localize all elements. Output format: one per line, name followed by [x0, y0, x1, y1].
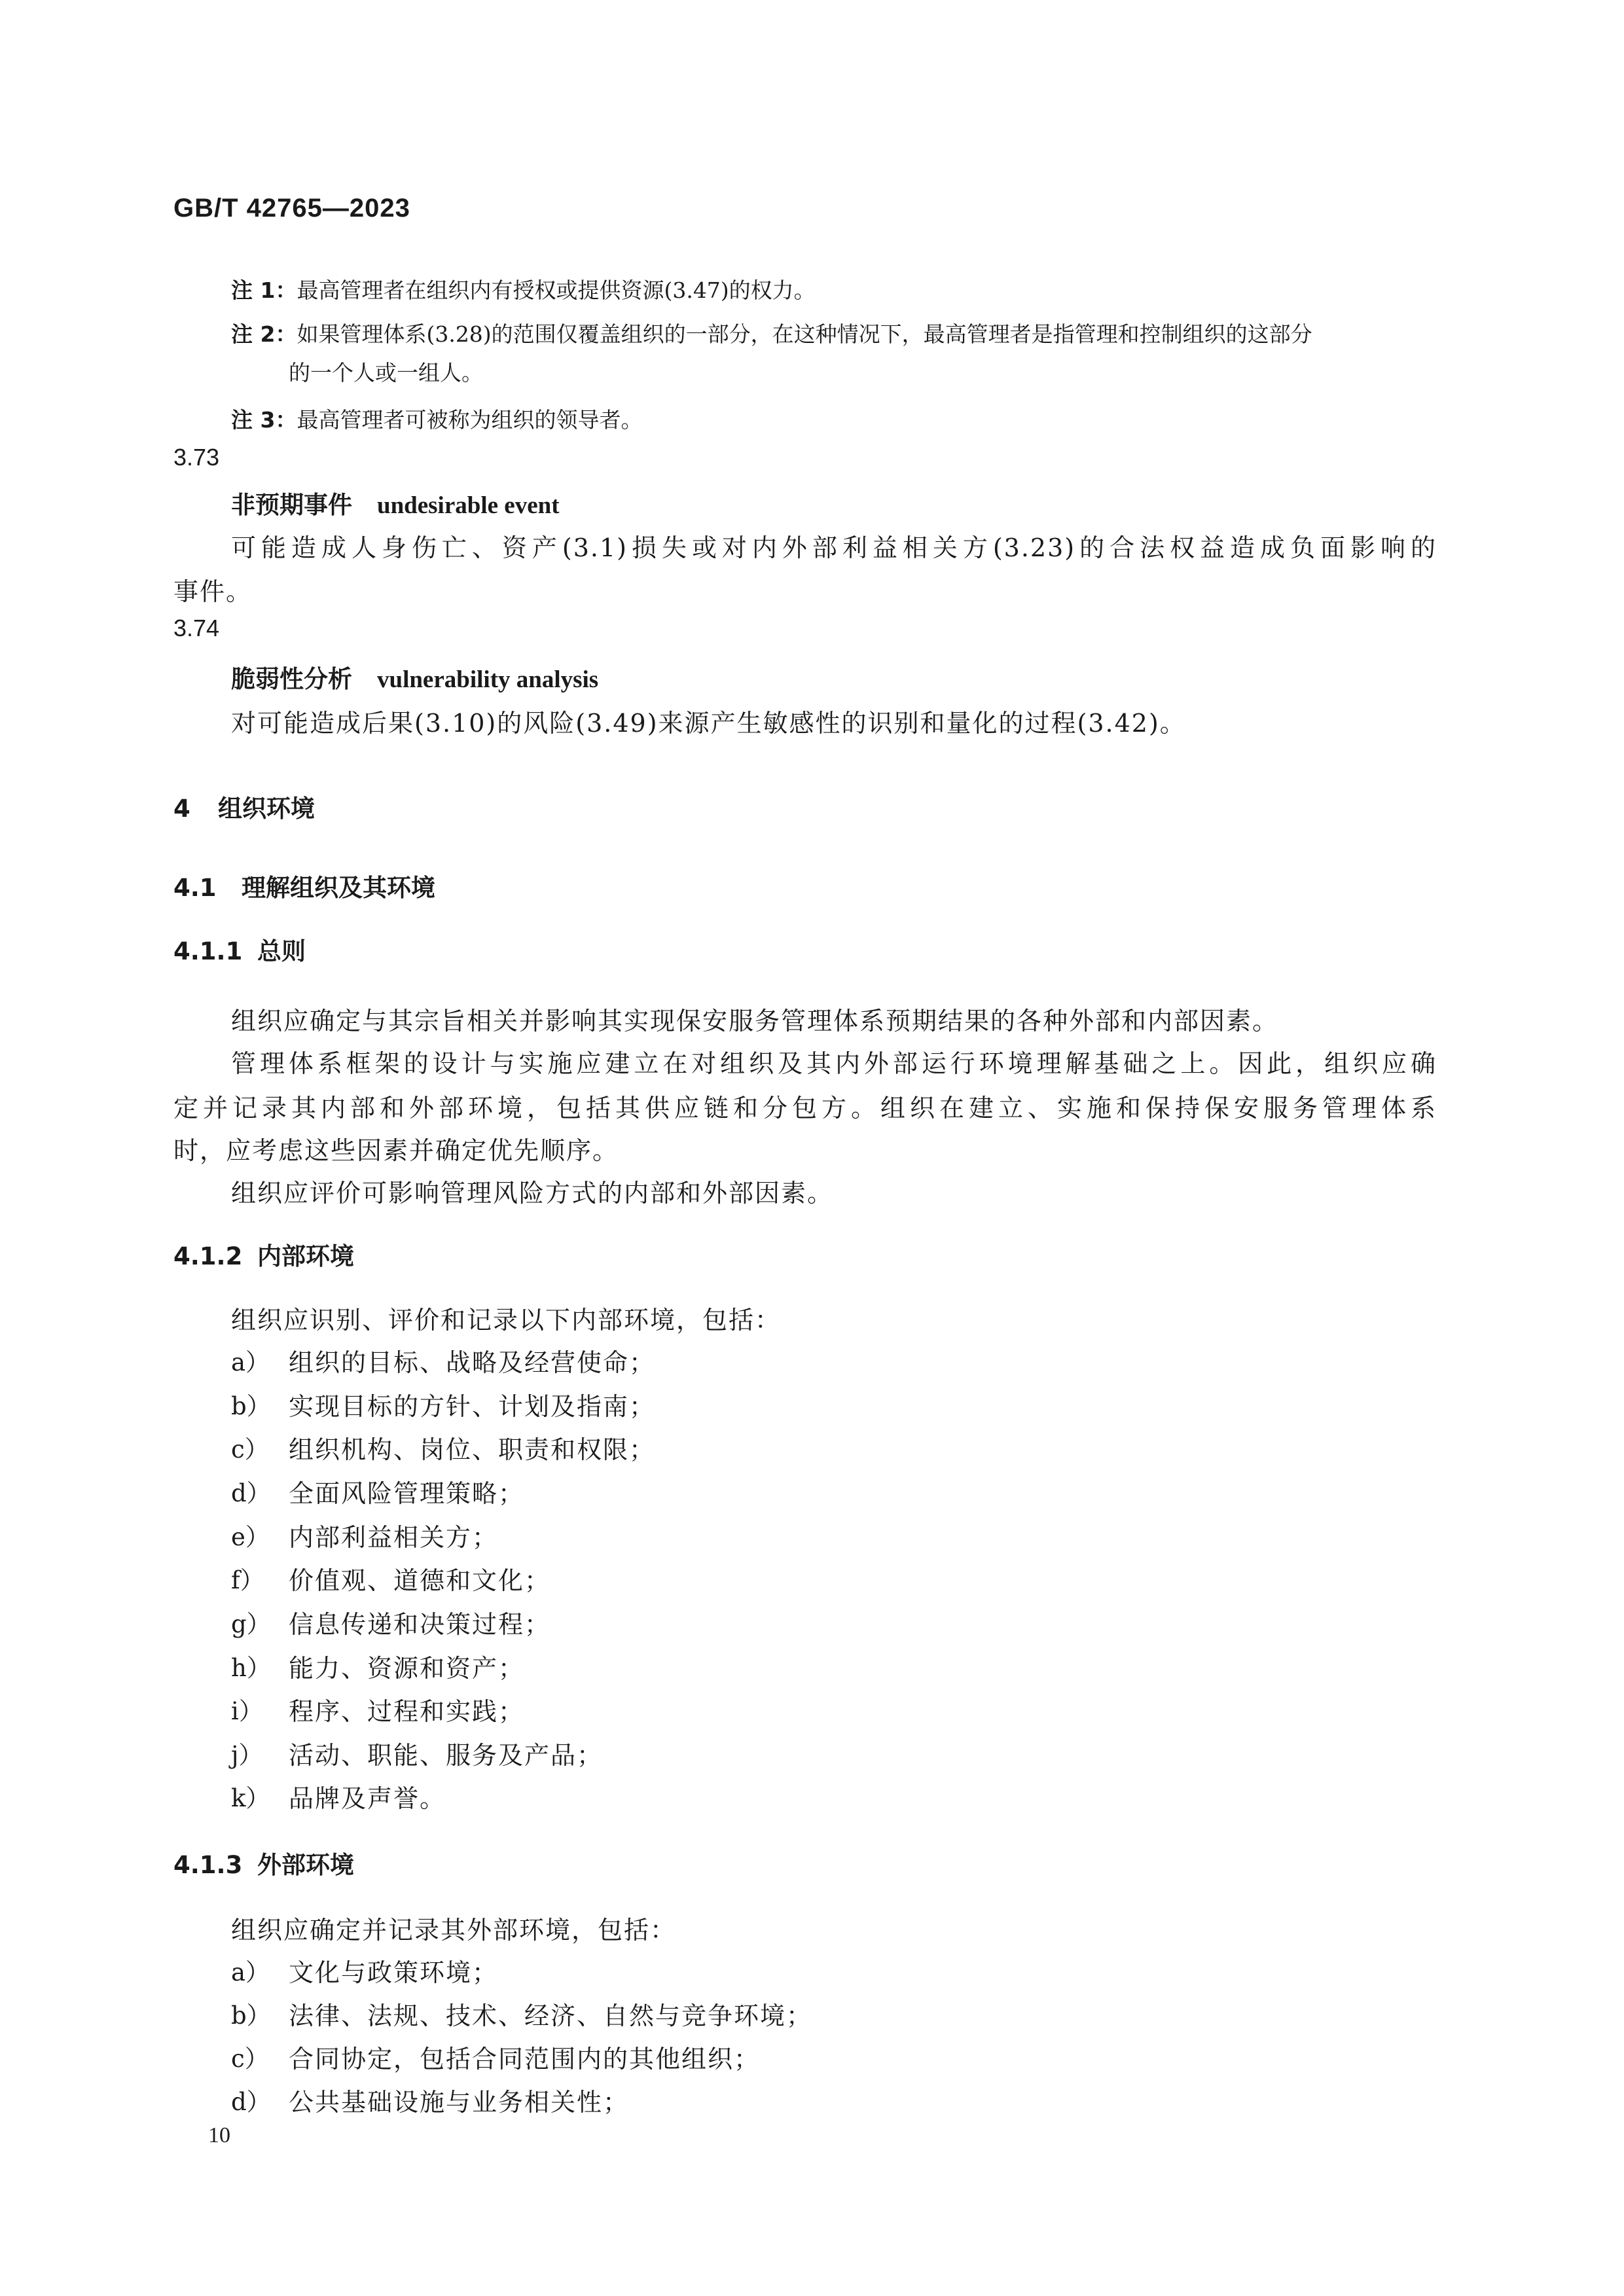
- section-title: 组织环境: [218, 795, 315, 823]
- section-heading-4: 4组织环境: [173, 789, 315, 824]
- list-item-label: c）: [231, 2039, 269, 2074]
- list-item-label: d）: [231, 2082, 271, 2117]
- list-item: 组织的目标、战略及经营使命；: [289, 1342, 655, 1378]
- list-item-label: d）: [231, 1473, 271, 1509]
- list-item: 合同协定，包括合同范围内的其他组织；: [289, 2039, 760, 2075]
- list-item: 品牌及声誉。: [289, 1778, 446, 1814]
- term-title-3-73: 非预期事件undesirable event: [231, 485, 560, 520]
- list-item-label: a）: [231, 1342, 270, 1378]
- section-title: 总则: [257, 937, 306, 965]
- list-item-label: b）: [231, 1386, 271, 1422]
- note-label: 注 2：: [231, 321, 297, 347]
- internal-env-intro: 组织应识别、评价和记录以下内部环境，包括：: [231, 1300, 1437, 1336]
- term-number-3-74: 3.74: [173, 615, 219, 642]
- list-item: 法律、法规、技术、经济、自然与竞争环境；: [289, 1996, 812, 2032]
- section-heading-4-1-3: 4.1.3外部环境: [173, 1845, 354, 1880]
- list-item-label: a）: [231, 1952, 270, 1988]
- list-item: 文化与政策环境；: [289, 1952, 498, 1988]
- list-item: 组织机构、岗位、职责和权限；: [289, 1429, 655, 1465]
- term-definition-3-74: 对可能造成后果(3.10)的风险(3.49)来源产生敏感性的识别和量化的过程(3…: [231, 703, 1437, 739]
- list-item-label: i）: [231, 1691, 263, 1727]
- section-number: 4.1: [173, 874, 242, 902]
- list-item-label: c）: [231, 1429, 269, 1465]
- section-number: 4.1.2: [173, 1242, 257, 1270]
- section-title: 理解组织及其环境: [242, 874, 435, 902]
- term-zh: 非预期事件: [231, 491, 352, 519]
- list-item: 程序、过程和实践；: [289, 1691, 524, 1727]
- term-zh: 脆弱性分析: [231, 665, 352, 693]
- list-item-label: k）: [231, 1778, 270, 1814]
- term-definition-3-73-cont: 事件。: [173, 571, 1437, 607]
- note-label: 注 1：: [231, 278, 297, 303]
- list-item-label: b）: [231, 1996, 271, 2031]
- list-item-label: f）: [231, 1560, 264, 1596]
- term-number-3-73: 3.73: [173, 444, 219, 471]
- section-title: 外部环境: [257, 1851, 354, 1879]
- note-text: 最高管理者可被称为组织的领导者。: [297, 407, 642, 433]
- note-3: 注 3：最高管理者可被称为组织的领导者。: [231, 403, 642, 434]
- list-item-label: e）: [231, 1517, 270, 1552]
- note-text: 如果管理体系(3.28)的范围仅覆盖组织的一部分，在这种情况下，最高管理者是指管…: [297, 321, 1312, 347]
- paragraph-4-1-1-1: 组织应确定与其宗旨相关并影响其实现保安服务管理体系预期结果的各种外部和内部因素。: [231, 1001, 1437, 1037]
- list-item: 内部利益相关方；: [289, 1517, 498, 1553]
- note-2: 注 2：如果管理体系(3.28)的范围仅覆盖组织的一部分，在这种情况下，最高管理…: [231, 317, 1312, 348]
- section-heading-4-1-2: 4.1.2内部环境: [173, 1236, 354, 1272]
- paragraph-4-1-1-2-line1: 管理体系框架的设计与实施应建立在对组织及其内外部运行环境理解基础之上。因此，组织…: [231, 1043, 1437, 1079]
- note-1: 注 1：最高管理者在组织内有授权或提供资源(3.47)的权力。: [231, 274, 816, 304]
- list-item-label: h）: [231, 1648, 271, 1683]
- term-definition-3-73: 可能造成人身伤亡、资产(3.1)损失或对内外部利益相关方(3.23)的合法权益造…: [231, 528, 1437, 564]
- list-item-label: j）: [231, 1735, 262, 1770]
- standard-code-header: GB/T 42765—2023: [173, 194, 410, 223]
- term-en: vulnerability analysis: [377, 666, 598, 693]
- section-number: 4.1.3: [173, 1851, 257, 1879]
- paragraph-4-1-1-2-line3: 时，应考虑这些因素并确定优先顺序。: [173, 1130, 1437, 1166]
- list-item: 公共基础设施与业务相关性；: [289, 2082, 629, 2118]
- term-title-3-74: 脆弱性分析vulnerability analysis: [231, 659, 598, 694]
- paragraph-4-1-1-3: 组织应评价可影响管理风险方式的内部和外部因素。: [231, 1173, 1437, 1209]
- list-item: 活动、职能、服务及产品；: [289, 1735, 603, 1771]
- section-number: 4: [173, 795, 218, 823]
- note-label: 注 3：: [231, 407, 297, 433]
- section-heading-4-1-1: 4.1.1总则: [173, 931, 306, 967]
- list-item: 信息传递和决策过程；: [289, 1604, 550, 1640]
- page-number: 10: [208, 2123, 230, 2148]
- section-number: 4.1.1: [173, 937, 257, 965]
- list-item-label: g）: [231, 1604, 271, 1640]
- note-2-continuation: 的一个人或一组人。: [289, 356, 483, 387]
- paragraph-4-1-1-2-line2: 定并记录其内部和外部环境，包括其供应链和分包方。组织在建立、实施和保持保安服务管…: [173, 1088, 1437, 1124]
- external-env-intro: 组织应确定并记录其外部环境，包括：: [231, 1910, 1437, 1946]
- note-text: 最高管理者在组织内有授权或提供资源(3.47)的权力。: [297, 278, 815, 303]
- list-item: 实现目标的方针、计划及指南；: [289, 1386, 655, 1422]
- list-item: 能力、资源和资产；: [289, 1648, 524, 1684]
- list-item: 全面风险管理策略；: [289, 1473, 524, 1509]
- term-en: undesirable event: [377, 492, 560, 519]
- section-title: 内部环境: [257, 1242, 354, 1270]
- section-heading-4-1: 4.1理解组织及其环境: [173, 868, 435, 903]
- list-item: 价值观、道德和文化；: [289, 1560, 550, 1596]
